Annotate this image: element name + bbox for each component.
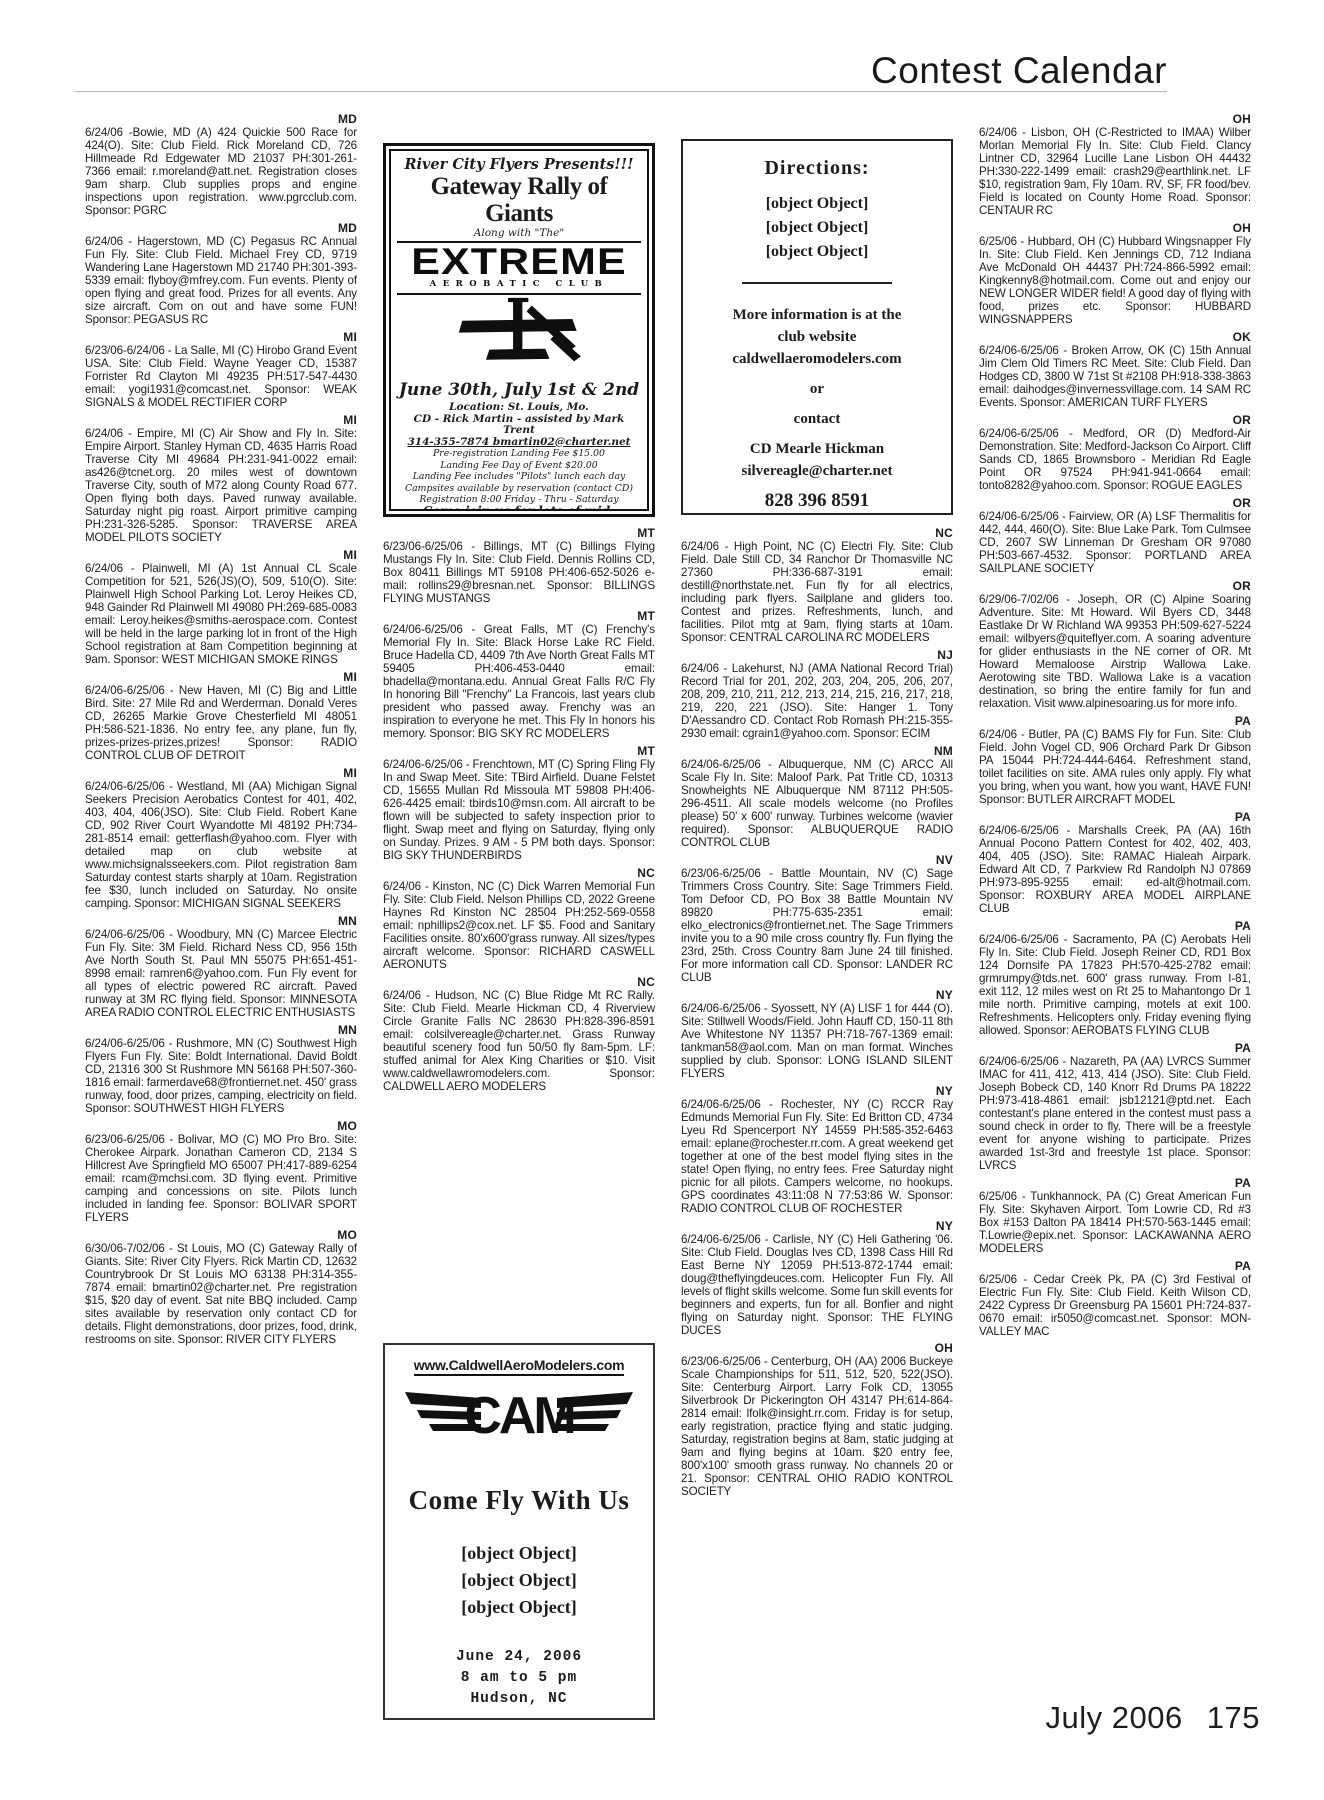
calendar-entry: OR 6/24/06-6/25/06 - Medford, OR (D) Med… bbox=[979, 414, 1251, 492]
state-header: OH bbox=[979, 113, 1251, 126]
state-header: OH bbox=[681, 1342, 953, 1355]
entry-text: 6/24/06 - Plainwell, MI (A) 1st Annual C… bbox=[85, 562, 357, 666]
state-header: NC bbox=[681, 527, 953, 540]
state-header: MT bbox=[383, 527, 655, 540]
ad-detail-lines: Location: St. Louis, Mo.CD - Rick Martin… bbox=[397, 402, 641, 511]
ad-detail-line: CD - Rick Martin - assisted by Mark Tren… bbox=[397, 414, 641, 437]
state-header: NY bbox=[681, 1220, 953, 1233]
entry-text: 6/29/06-7/02/06 - Joseph, OR (C) Alpine … bbox=[979, 593, 1251, 710]
cam-ad-line: [object Object] bbox=[391, 1594, 647, 1621]
calendar-entry: MI 6/23/06-6/24/06 - La Salle, MI (C) Hi… bbox=[85, 331, 357, 409]
column-4-entries: OH 6/24/06 - Lisbon, OH (C-Restricted to… bbox=[979, 113, 1251, 1338]
calendar-entry: MT 6/24/06-6/25/06 - Great Falls, MT (C)… bbox=[383, 610, 655, 740]
calendar-entry: OH 6/24/06 - Lisbon, OH (C-Restricted to… bbox=[979, 113, 1251, 217]
entry-text: 6/24/06-6/25/06 - Frenchtown, MT (C) Spr… bbox=[383, 758, 655, 862]
calendar-entry: OR 6/24/06-6/25/06 - Fairview, OR (A) LS… bbox=[979, 497, 1251, 575]
entry-text: 6/24/06-6/25/06 - Sacramento, PA (C) Aer… bbox=[979, 933, 1251, 1037]
cam-ad-line: [object Object] bbox=[391, 1540, 647, 1567]
directions-info-line: CD Mearle Hickman bbox=[691, 438, 943, 460]
calendar-entry: MI 6/24/06-6/25/06 - Westland, MI (AA) M… bbox=[85, 767, 357, 910]
entry-text: 6/23/06-6/24/06 - La Salle, MI (C) Hirob… bbox=[85, 344, 357, 409]
state-header: NY bbox=[681, 989, 953, 1002]
calendar-entry: MD 6/24/06 -Bowie, MD (A) 424 Quickie 50… bbox=[85, 113, 357, 217]
footer-page-number: 175 bbox=[1207, 1700, 1260, 1736]
entry-text: 6/24/06 - Hagerstown, MD (C) Pegasus RC … bbox=[85, 235, 357, 326]
state-header: OR bbox=[979, 580, 1251, 593]
ad-detail-line: Come join us for lots of mid-summer fun … bbox=[397, 506, 641, 512]
directions-info-line: 828 396 8591 bbox=[691, 490, 943, 512]
entry-text: 6/23/06-6/25/06 - Bolivar, MO (C) MO Pro… bbox=[85, 1133, 357, 1224]
state-header: MN bbox=[85, 1024, 357, 1037]
entry-text: 6/24/06-6/25/06 - Carlisle, NY (C) Heli … bbox=[681, 1233, 953, 1337]
state-header: MD bbox=[85, 113, 357, 126]
entry-text: 6/24/06-6/25/06 - Nazareth, PA (AA) LVRC… bbox=[979, 1055, 1251, 1172]
cam-ad-line: [object Object] bbox=[391, 1567, 647, 1594]
state-header: MI bbox=[85, 767, 357, 780]
directions-info-line: caldwellaeromodelers.com bbox=[691, 348, 943, 370]
ad-detail-line: Pre-registration Landing Fee $15.00 bbox=[397, 448, 641, 460]
river-city-ad-header: River City Flyers Presents!!! Gateway Ra… bbox=[397, 156, 641, 243]
calendar-entry: MI 6/24/06-6/25/06 - New Haven, MI (C) B… bbox=[85, 671, 357, 762]
state-header: OK bbox=[979, 331, 1251, 344]
state-header: NC bbox=[383, 867, 655, 880]
entry-text: 6/24/06-6/25/06 - Westland, MI (AA) Mich… bbox=[85, 780, 357, 910]
extreme-aerobatic-club-logo: EXTREME AEROBATIC CLUB bbox=[397, 243, 641, 295]
state-header: MT bbox=[383, 610, 655, 623]
state-header: NJ bbox=[681, 649, 953, 662]
state-header: PA bbox=[979, 715, 1251, 728]
column-3-entries: NC 6/24/06 - High Point, NC (C) Electri … bbox=[681, 527, 953, 1498]
cam-ad-url: www.CaldwellAeroModelers.com bbox=[414, 1357, 624, 1376]
entry-text: 6/24/06-6/25/06 - Medford, OR (D) Medfor… bbox=[979, 427, 1251, 492]
calendar-entry: OR 6/29/06-7/02/06 - Joseph, OR (C) Alpi… bbox=[979, 580, 1251, 710]
directions-info-line: More information is at the bbox=[691, 304, 943, 326]
directions-route-line: [object Object] bbox=[691, 216, 943, 240]
calendar-entry: MN 6/24/06-6/25/06 - Woodbury, MN (C) Ma… bbox=[85, 915, 357, 1019]
state-header: PA bbox=[979, 811, 1251, 824]
footer-issue: July 2006 bbox=[1046, 1700, 1183, 1736]
header-rule bbox=[75, 91, 1167, 92]
entry-text: 6/24/06-6/25/06 - Marshalls Creek, PA (A… bbox=[979, 824, 1251, 915]
directions-info-line: or bbox=[691, 378, 943, 400]
calendar-entry: OH 6/23/06-6/25/06 - Centerburg, OH (AA)… bbox=[681, 1342, 953, 1498]
calendar-entry: NY 6/24/06-6/25/06 - Syossett, NY (A) LI… bbox=[681, 989, 953, 1080]
entry-text: 6/24/06-6/25/06 - Broken Arrow, OK (C) 1… bbox=[979, 344, 1251, 409]
entry-text: 6/24/06-6/25/06 - Rushmore, MN (C) South… bbox=[85, 1037, 357, 1115]
calendar-entry: NC 6/24/06 - High Point, NC (C) Electri … bbox=[681, 527, 953, 644]
entry-text: 6/23/06-6/25/06 - Billings, MT (C) Billi… bbox=[383, 540, 655, 605]
calendar-entry: NC 6/24/06 - Kinston, NC (C) Dick Warren… bbox=[383, 867, 655, 971]
state-header: MO bbox=[85, 1120, 357, 1133]
state-header: OR bbox=[979, 497, 1251, 510]
extreme-logo-text: EXTREME bbox=[389, 245, 649, 278]
calendar-entry: NJ 6/24/06 - Lakehurst, NJ (AMA National… bbox=[681, 649, 953, 740]
calendar-entry: PA 6/24/06-6/25/06 - Sacramento, PA (C) … bbox=[979, 920, 1251, 1037]
column-1-entries: MD 6/24/06 -Bowie, MD (A) 424 Quickie 50… bbox=[85, 113, 357, 1346]
state-header: MO bbox=[85, 1229, 357, 1242]
state-header: PA bbox=[979, 1260, 1251, 1273]
calendar-entry: MI 6/24/06 - Empire, MI (C) Air Show and… bbox=[85, 414, 357, 544]
entry-text: 6/24/06-6/25/06 - Syossett, NY (A) LISF … bbox=[681, 1002, 953, 1080]
state-header: MD bbox=[85, 222, 357, 235]
cam-logo-text: CAM bbox=[464, 1387, 573, 1445]
column-3: Directions: [object Object][object Objec… bbox=[681, 108, 953, 1498]
column-2: River City Flyers Presents!!! Gateway Ra… bbox=[383, 108, 655, 1498]
page-footer: July 2006 175 bbox=[1046, 1700, 1260, 1736]
state-header: PA bbox=[979, 1042, 1251, 1055]
state-header: PA bbox=[979, 1177, 1251, 1190]
directions-info-line: contact bbox=[691, 408, 943, 430]
calendar-columns: MD 6/24/06 -Bowie, MD (A) 424 Quickie 50… bbox=[85, 108, 1265, 1498]
ad-detail-line: Campsites available by reservation (cont… bbox=[397, 483, 641, 495]
directions-info-line: silvereagle@charter.net bbox=[691, 460, 943, 482]
calendar-entry: PA 6/24/06 - Butler, PA (C) BAMS Fly for… bbox=[979, 715, 1251, 806]
calendar-entry: MO 6/30/06-7/02/06 - St Louis, MO (C) Ga… bbox=[85, 1229, 357, 1346]
column-4: OH 6/24/06 - Lisbon, OH (C-Restricted to… bbox=[979, 108, 1251, 1498]
entry-text: 6/30/06-7/02/06 - St Louis, MO (C) Gatew… bbox=[85, 1242, 357, 1346]
state-header: MI bbox=[85, 671, 357, 684]
calendar-entry: NY 6/24/06-6/25/06 - Carlisle, NY (C) He… bbox=[681, 1220, 953, 1337]
cam-event-details: June 24, 2006 8 am to 5 pm Hudson, NC bbox=[391, 1647, 647, 1710]
directions-info-line: club website bbox=[691, 326, 943, 348]
entry-text: 6/25/06 - Tunkhannock, PA (C) Great Amer… bbox=[979, 1190, 1251, 1255]
airplane-silhouette-icon bbox=[444, 297, 594, 375]
entry-text: 6/25/06 - Hubbard, OH (C) Hubbard Wingsn… bbox=[979, 235, 1251, 326]
state-header: OR bbox=[979, 414, 1251, 427]
entry-text: 6/24/06-6/25/06 - Fairview, OR (A) LSF T… bbox=[979, 510, 1251, 575]
entry-text: 6/24/06-6/25/06 - Albuquerque, NM (C) AR… bbox=[681, 758, 953, 849]
cam-logo-icon: CAM bbox=[403, 1382, 635, 1446]
cam-event-date: June 24, 2006 bbox=[391, 1647, 647, 1668]
entry-text: 6/24/06 - Lisbon, OH (C-Restricted to IM… bbox=[979, 126, 1251, 217]
entry-text: 6/23/06-6/25/06 - Centerburg, OH (AA) 20… bbox=[681, 1355, 953, 1498]
state-header: NV bbox=[681, 854, 953, 867]
calendar-entry: MI 6/24/06 - Plainwell, MI (A) 1st Annua… bbox=[85, 549, 357, 666]
calendar-entry: MT 6/24/06-6/25/06 - Frenchtown, MT (C) … bbox=[383, 745, 655, 862]
calendar-entry: MD 6/24/06 - Hagerstown, MD (C) Pegasus … bbox=[85, 222, 357, 326]
caldwell-aero-modelers-ad: www.CaldwellAeroModelers.com bbox=[383, 1343, 655, 1720]
entry-text: 6/25/06 - Cedar Creek Pk, PA (C) 3rd Fes… bbox=[979, 1273, 1251, 1338]
ad-detail-line: 314-355-7874 bmartin02@charter.net bbox=[397, 437, 641, 449]
cam-tagline: Come Fly With Us bbox=[391, 1485, 647, 1516]
entry-text: 6/24/06 -Bowie, MD (A) 424 Quickie 500 R… bbox=[85, 126, 357, 217]
directions-route-line: [object Object] bbox=[691, 192, 943, 216]
entry-text: 6/24/06-6/25/06 - Great Falls, MT (C) Fr… bbox=[383, 623, 655, 740]
cam-event-time: 8 am to 5 pm bbox=[391, 1668, 647, 1689]
state-header: MI bbox=[85, 331, 357, 344]
calendar-entry: PA 6/24/06-6/25/06 - Nazareth, PA (AA) L… bbox=[979, 1042, 1251, 1172]
calendar-entry: MO 6/23/06-6/25/06 - Bolivar, MO (C) MO … bbox=[85, 1120, 357, 1224]
ad-detail-line: Location: St. Louis, Mo. bbox=[397, 402, 641, 414]
directions-divider bbox=[742, 282, 892, 284]
entry-text: 6/24/06-6/25/06 - Woodbury, MN (C) Marce… bbox=[85, 928, 357, 1019]
directions-route-line: [object Object] bbox=[691, 240, 943, 264]
state-header: PA bbox=[979, 920, 1251, 933]
page-title: Contest Calendar bbox=[0, 50, 1167, 92]
calendar-entry: NM 6/24/06-6/25/06 - Albuquerque, NM (C)… bbox=[681, 745, 953, 849]
calendar-entry: NY 6/24/06-6/25/06 - Rochester, NY (C) R… bbox=[681, 1085, 953, 1215]
ad-subtitle: Along with "The" bbox=[397, 227, 641, 239]
entry-text: 6/24/06 - Hudson, NC (C) Blue Ridge Mt R… bbox=[383, 989, 655, 1093]
entry-text: 6/23/06-6/25/06 - Battle Mountain, NV (C… bbox=[681, 867, 953, 984]
ad-title: Gateway Rally of Giants bbox=[397, 173, 641, 227]
ad-detail-line: Landing Fee Day of Event $20.00 bbox=[397, 460, 641, 472]
state-header: MN bbox=[85, 915, 357, 928]
calendar-entry: PA 6/24/06-6/25/06 - Marshalls Creek, PA… bbox=[979, 811, 1251, 915]
calendar-entry: MT 6/23/06-6/25/06 - Billings, MT (C) Bi… bbox=[383, 527, 655, 605]
cam-wings-logo: CAM bbox=[391, 1382, 647, 1451]
ad-detail-line: Landing Fee includes "Pilots" lunch each… bbox=[397, 471, 641, 483]
directions-route: [object Object][object Object][object Ob… bbox=[691, 192, 943, 264]
calendar-entry: NC 6/24/06 - Hudson, NC (C) Blue Ridge M… bbox=[383, 976, 655, 1093]
state-header: MI bbox=[85, 414, 357, 427]
cam-event-location: Hudson, NC bbox=[391, 1689, 647, 1710]
ad-presents-line: River City Flyers Presents!!! bbox=[397, 156, 641, 173]
cam-ad-lines: [object Object][object Object][object Ob… bbox=[391, 1540, 647, 1621]
ad-event-dates: June 30th, July 1st & 2nd bbox=[399, 380, 639, 400]
column-1: MD 6/24/06 -Bowie, MD (A) 424 Quickie 50… bbox=[85, 108, 357, 1498]
calendar-entry: OK 6/24/06-6/25/06 - Broken Arrow, OK (C… bbox=[979, 331, 1251, 409]
calendar-entry: MN 6/24/06-6/25/06 - Rushmore, MN (C) So… bbox=[85, 1024, 357, 1115]
calendar-entry: PA 6/25/06 - Tunkhannock, PA (C) Great A… bbox=[979, 1177, 1251, 1255]
state-header: NC bbox=[383, 976, 655, 989]
directions-ad: Directions: [object Object][object Objec… bbox=[681, 139, 953, 515]
directions-info: More information is at theclub websiteca… bbox=[691, 304, 943, 512]
river-city-ad-frame: River City Flyers Presents!!! Gateway Ra… bbox=[389, 149, 649, 511]
calendar-entry: NV 6/23/06-6/25/06 - Battle Mountain, NV… bbox=[681, 854, 953, 984]
column-2-entries: MT 6/23/06-6/25/06 - Billings, MT (C) Bi… bbox=[383, 527, 655, 1093]
entry-text: 6/24/06-6/25/06 - New Haven, MI (C) Big … bbox=[85, 684, 357, 762]
entry-text: 6/24/06-6/25/06 - Rochester, NY (C) RCCR… bbox=[681, 1098, 953, 1215]
entry-text: 6/24/06 - Butler, PA (C) BAMS Fly for Fu… bbox=[979, 728, 1251, 806]
airplane-art bbox=[444, 297, 594, 379]
entry-text: 6/24/06 - Empire, MI (C) Air Show and Fl… bbox=[85, 427, 357, 544]
calendar-entry: OH 6/25/06 - Hubbard, OH (C) Hubbard Win… bbox=[979, 222, 1251, 326]
state-header: NM bbox=[681, 745, 953, 758]
state-header: MT bbox=[383, 745, 655, 758]
state-header: NY bbox=[681, 1085, 953, 1098]
entry-text: 6/24/06 - High Point, NC (C) Electri Fly… bbox=[681, 540, 953, 644]
river-city-flyers-ad: River City Flyers Presents!!! Gateway Ra… bbox=[383, 143, 655, 517]
state-header: OH bbox=[979, 222, 1251, 235]
state-header: MI bbox=[85, 549, 357, 562]
calendar-entry: PA 6/25/06 - Cedar Creek Pk, PA (C) 3rd … bbox=[979, 1260, 1251, 1338]
entry-text: 6/24/06 - Lakehurst, NJ (AMA National Re… bbox=[681, 662, 953, 740]
directions-title: Directions: bbox=[691, 157, 943, 180]
entry-text: 6/24/06 - Kinston, NC (C) Dick Warren Me… bbox=[383, 880, 655, 971]
